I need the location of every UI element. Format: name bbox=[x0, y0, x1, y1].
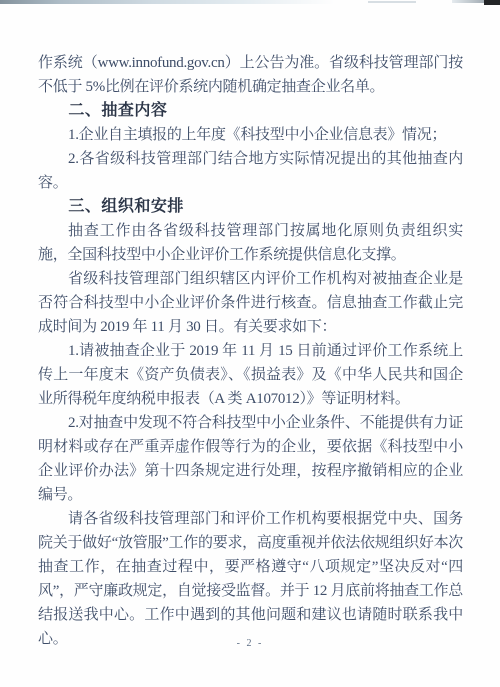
paragraph-verification: 省级科技管理部门组织辖区内评价工作机构对被抽查企业是否符合科技型中小企业评价条件… bbox=[38, 267, 463, 339]
document-body: 作系统（www.innofund.gov.cn）上公告为准。省级科技管理部门按不… bbox=[38, 51, 463, 651]
paragraph-item-1: 1.企业自主填报的上年度《科技型中小企业信息表》情况； bbox=[38, 123, 463, 147]
paragraph-item-2: 2.各省级科技管理部门结合地方实际情况提出的其他抽查内容。 bbox=[38, 147, 463, 195]
paragraph-continuation: 作系统（www.innofund.gov.cn）上公告为准。省级科技管理部门按不… bbox=[38, 51, 463, 99]
scan-artifact-corner-mark bbox=[484, 0, 500, 5]
paragraph-requirement-2: 2.对抽查中发现不符合科技型中小企业条件、不能提供有力证明材料或存在严重弄虚作假… bbox=[38, 411, 463, 507]
paragraph-closing: 请各省级科技管理部门和评价工作机构要根据党中央、国务院关于做好“放管服”工作的要… bbox=[38, 507, 463, 651]
document-page: 作系统（www.innofund.gov.cn）上公告为准。省级科技管理部门按不… bbox=[0, 0, 500, 687]
scan-artifact-top-band bbox=[0, 0, 335, 4]
scan-artifact-line-right bbox=[452, 0, 484, 3]
paragraph-organization-intro: 抽查工作由各省级科技管理部门按属地化原则负责组织实施，全国科技型中小企业评价工作… bbox=[38, 219, 463, 267]
paragraph-requirement-1: 1.请被抽查企业于 2019 年 11 月 15 日前通过评价工作系统上传上一年… bbox=[38, 339, 463, 411]
section-heading-inspection-content: 二、抽查内容 bbox=[38, 99, 463, 123]
page-number: - 2 - bbox=[0, 638, 500, 649]
scan-artifact-line-mid bbox=[368, 1, 416, 3]
section-heading-organization: 三、组织和安排 bbox=[38, 195, 463, 219]
